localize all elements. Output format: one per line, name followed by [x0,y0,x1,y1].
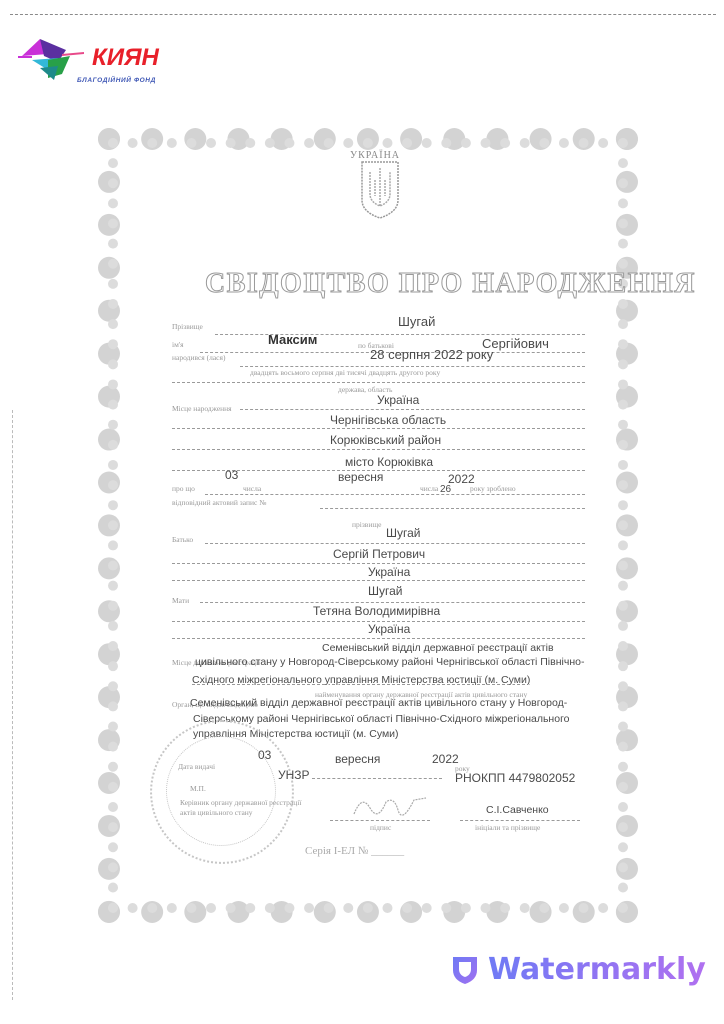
label-record-year: року зроблено [470,484,516,493]
rule [172,580,585,581]
label-signature: підпис [370,823,391,832]
registry-line3: Східного міжрегіонального управління Мін… [192,674,530,686]
father-citizenship: Україна [368,565,410,579]
rule [200,602,585,603]
logo-name: КИЯН [92,44,159,72]
official-seal [150,720,294,864]
rule [330,820,430,821]
rule [312,778,442,779]
watermark: Watermarkly [450,952,706,987]
logo-subtitle: БЛАГОДІЙНИЙ ФОНД [77,77,156,84]
issuer-line2: Сіверському районі Чернігівської області… [193,713,570,725]
coat-of-arms-icon [360,160,400,220]
birth-city: місто Корюківка [345,455,433,469]
issue-month: вересня [335,752,380,766]
birth-date-words: двадцять восьмого серпня дві тисячі двад… [250,368,440,377]
birth-district: Корюківський район [330,433,441,447]
birth-region: Чернігівська область [330,413,446,427]
rule [205,543,585,544]
father-surname: Шугай [386,526,421,540]
rule [172,428,585,429]
label-father: Батько [172,535,193,544]
label-head: Керівник органу державної реєстрації акт… [180,798,310,818]
registry-line2: цивільного стану у Новгород-Сіверському … [195,656,584,668]
mother-citizenship: Україна [368,622,410,636]
rule [240,409,585,410]
record-day: 03 [225,468,238,482]
rule [205,494,585,495]
rule [460,820,580,821]
scan-edge-line-left [12,410,13,1000]
scan-edge-line [10,14,716,15]
unzr: УНЗР [278,768,310,782]
label-surname: Прізвище [172,322,203,331]
label-name: ім'я [172,340,184,349]
registry-line1: Семенівський відділ державної реєстрації… [322,642,554,654]
label-record-day-word: числа [420,484,438,493]
rule [172,638,585,639]
label-signer: ініціали та прізвище [475,823,540,832]
mother-surname: Шугай [368,584,403,598]
rule [320,508,585,509]
label-father-hint: прізвище [352,520,381,529]
signer-name: С.І.Савченко [486,804,549,816]
issuer-line1: Семенівський відділ державної реєстрації… [190,697,567,709]
label-seal: М.П. [190,784,206,793]
document-title: СВІДОЦТВО ПРО НАРОДЖЕННЯ [205,268,696,300]
father-name: Сергій Петрович [333,547,425,561]
child-birth-date: 28 серпня 2022 року [370,347,493,362]
record-month: вересня [338,470,383,484]
label-record-date: про що [172,484,195,493]
label-record-number: відповідний актовий запис № [172,498,266,507]
birth-country: Україна [377,393,419,407]
rnokpp: РНОКПП 4479802052 [455,771,575,785]
watermark-text: Watermarkly [488,952,706,987]
label-record-month: числа [243,484,261,493]
label-birth-date: народився (лася) [172,353,225,362]
shield-icon [450,954,480,986]
label-birth-place: Місце народження [172,404,232,413]
rule [172,449,585,450]
mother-name: Тетяна Володимирівна [313,604,440,618]
signature [350,790,430,820]
child-name: Максим [268,332,317,347]
rule [172,563,585,564]
rule [172,382,585,383]
series-number: Серія І-ЕЛ № ______ [305,845,404,857]
issue-day: 03 [258,748,271,762]
rule [240,366,585,367]
label-mother: Мати [172,596,189,605]
child-surname: Шугай [398,314,435,329]
label-issue-date: Дата видачі [178,762,215,771]
